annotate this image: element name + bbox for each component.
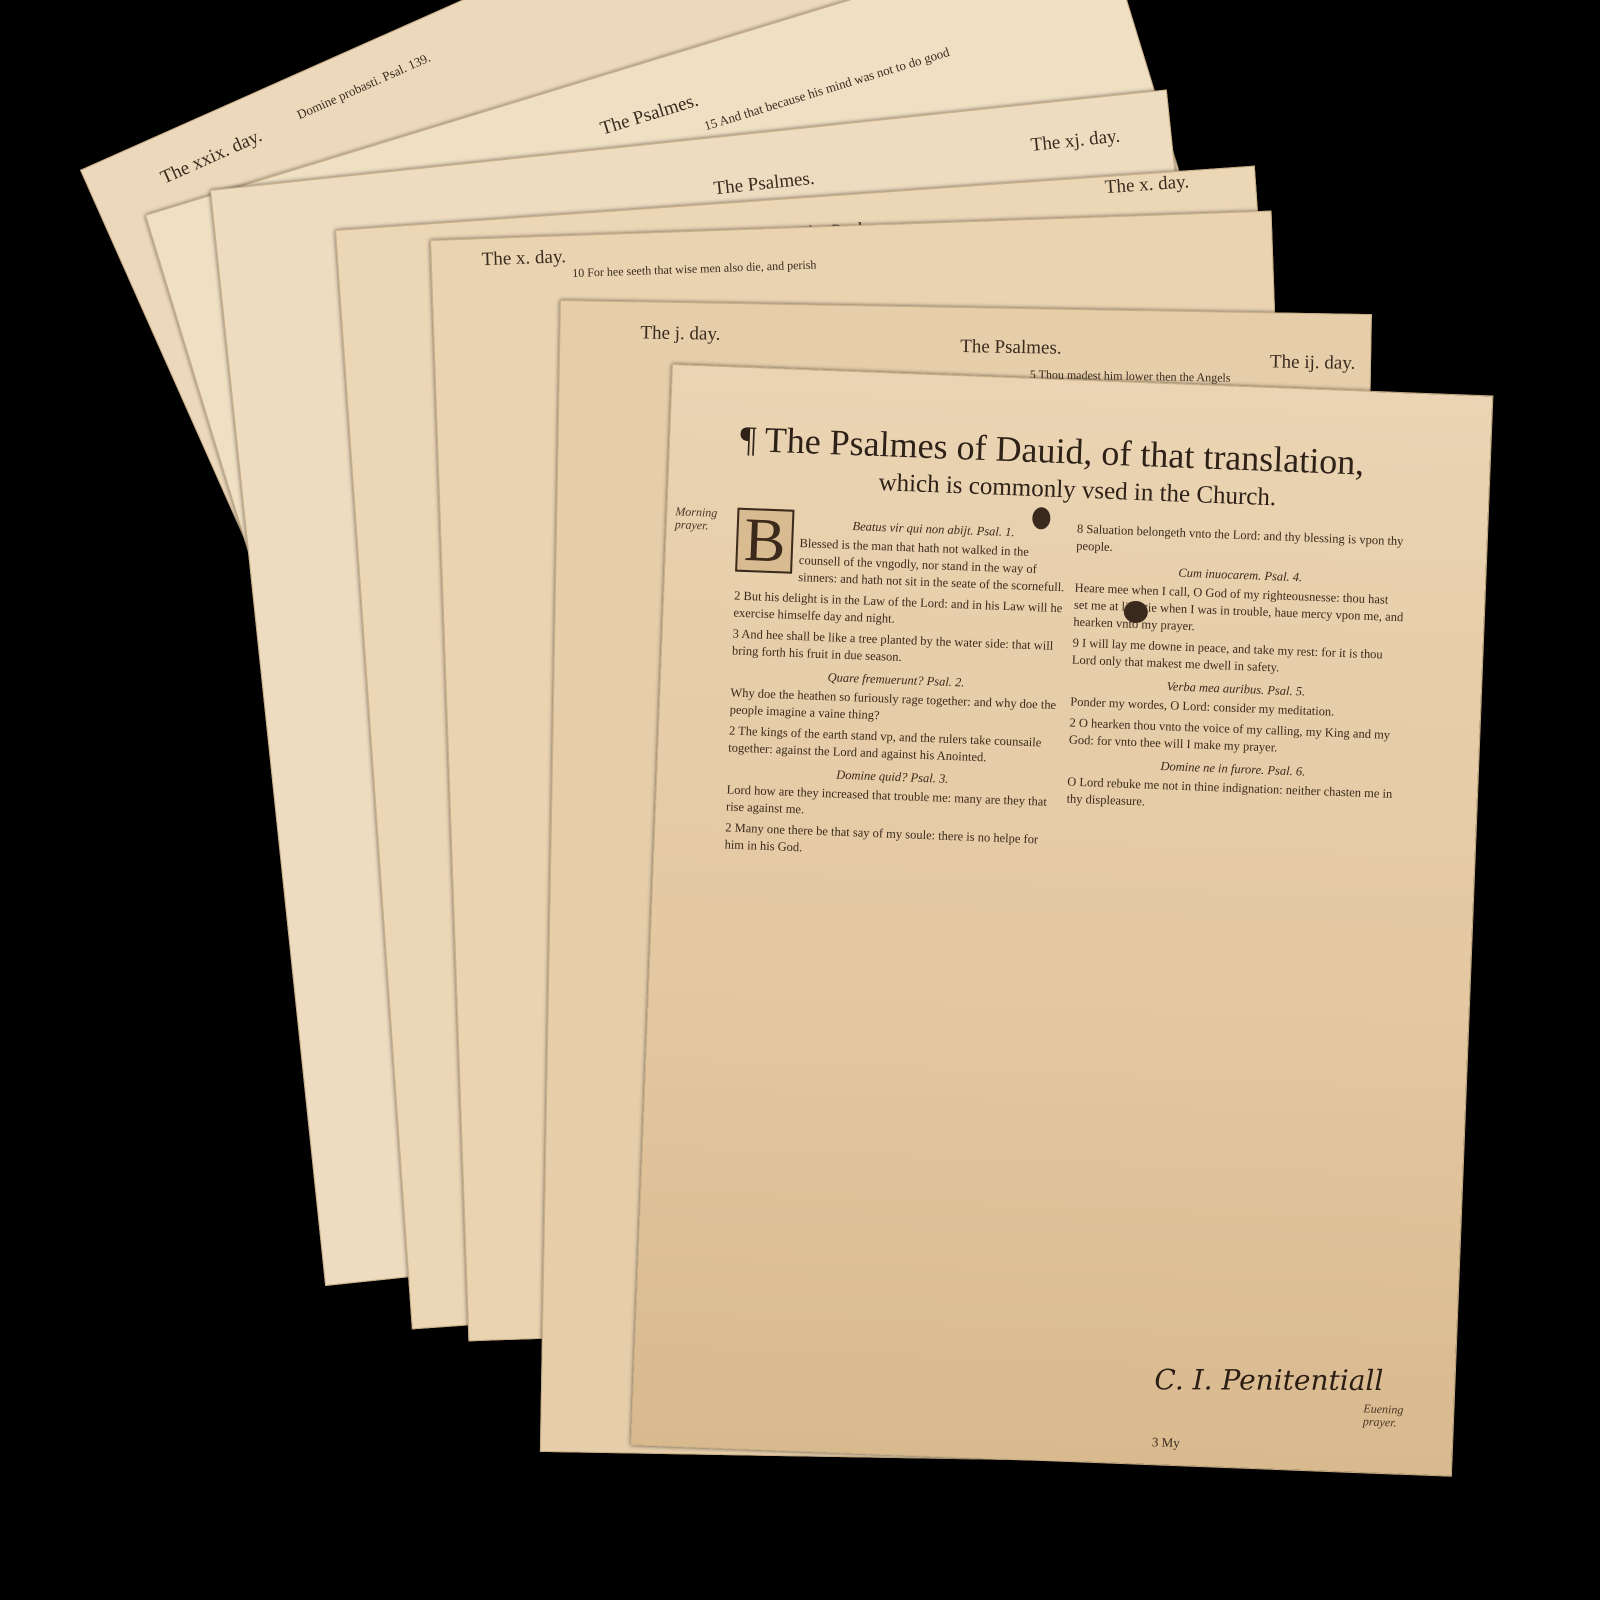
running-head: The x. day. [1104,171,1190,199]
left-column: B Beatus vir qui non abijt. Psal. 1.Bles… [724,508,1067,870]
center-head: The Psalmes. [713,168,816,200]
running-head: The xj. day. [1030,126,1121,157]
verse-text: 2 Many one there be that say of my soule… [724,819,1055,866]
psalm-heading: Domine probasti. Psal. 139. [295,50,433,123]
running-head: The xxix. day. [157,125,265,189]
center-head: The Psalmes. [598,90,701,141]
margin-morning-prayer: Morning prayer. [675,505,736,533]
catchword: 3 My [1152,1434,1180,1451]
verse-text: 3 And hee shall be like a tree planted b… [732,626,1063,673]
right-column: 8 Saluation belongeth vnto the Lord: and… [1066,521,1407,824]
verse-text: 9 I will lay me downe in peace, and take… [1072,635,1403,682]
margin-evening-prayer: Euening prayer. [1363,1402,1424,1430]
verse-text: 2 O hearken thou vnto the voice of my ca… [1069,715,1400,762]
running-head: The x. day. [481,246,566,271]
center-head: The Psalmes. [960,336,1062,360]
verse-text: 8 Saluation belongeth vnto the Lord: and… [1076,521,1407,568]
dropcap-initial: B [735,508,795,574]
front-leaf-psalmes-of-dauid: ¶ The Psalmes of Dauid, of that translat… [630,364,1493,1477]
verse-text: 2 The kings of the earth stand vp, and t… [728,722,1059,769]
page-title: ¶ The Psalmes of Dauid, of that translat… [739,418,1365,484]
handwritten-annotation: C. I. Penitentiall [1154,1363,1383,1397]
right-head: The ij. day. [1270,351,1356,374]
verse-snippet: 10 For hee seeth that wise men also die,… [572,258,817,282]
running-head: The j. day. [640,322,720,345]
